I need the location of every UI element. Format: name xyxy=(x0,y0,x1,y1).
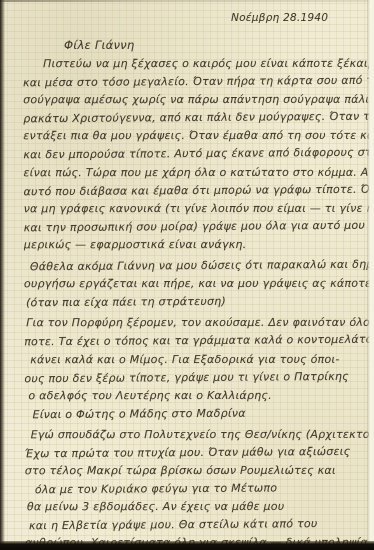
letter-line: Για τον Πορφύρη ξέρομεν, τον ακούσαμε. Δ… xyxy=(24,314,370,333)
letter-line: ο αδελφός του Λευτέρης και ο Καλλιάρης. xyxy=(24,386,370,405)
letter-line: και δεν μπορούσα τίποτε. Αυτό μας έκανε … xyxy=(23,144,369,165)
letter-line: Θάθελα ακόμα Γιάννη να μου δώσεις ότι πα… xyxy=(24,256,370,277)
letter-line: κάνει καλά και ο Μίμος. Για Εξαδορικά γι… xyxy=(24,350,370,369)
letter-line: Έχω τα πρώτα του πτυχία μου. Όταν μάθω γ… xyxy=(25,443,371,464)
letter-line: σούγραψα αμέσως χωρίς να πάρω απάντηση σ… xyxy=(23,91,369,110)
letter-line: και την προσωπική σου μοίρα) γράψε μου ό… xyxy=(24,217,370,238)
letter-line: και η Ελβετία γράψε μου. Θα στείλω κάτι … xyxy=(25,515,371,536)
scan-edge-right xyxy=(367,0,374,550)
letter-line: ους που δεν ξέρω τίποτε, γράψε μου τι γί… xyxy=(24,367,370,388)
letter-line: θα μείνω 3 εβδομάδες. Αν έχεις να μάθε μ… xyxy=(25,498,371,517)
letter-line: αυτό που διάβασα και έμαθα ότι μπορώ να … xyxy=(23,180,369,201)
letter-date: Νοέμβρη 28.1940 xyxy=(231,12,328,24)
letter-line: Πιστεύω να μη ξέχασες ο καιρός μου είναι… xyxy=(23,55,369,74)
letter-line: να μη γράφεις κανονικά (τι γίνε λοιπόν π… xyxy=(24,200,370,219)
letter-line: (όταν πια είχα πάει τη στράτευση) xyxy=(24,292,370,313)
scan-edge-top xyxy=(0,0,374,2)
letter-line: μερικώς — εφαρμοστικά είναι ανάγκη. xyxy=(24,236,370,255)
letter-line: όλα με τον Κυριάκο φεύγω για το Μέτωπο xyxy=(25,479,371,500)
letter-scan: Νοέμβρη 28.1940 Φίλε Γιάννη Πιστεύω να μ… xyxy=(0,0,374,550)
letter-line: και μέσα στο τόσο μεγαλείο. Όταν πήρα τη… xyxy=(23,72,369,93)
scan-bottom-band xyxy=(0,541,374,550)
letter-line: Εγώ σπουδάζω στο Πολυτεχνείο της Θεσ/νίκ… xyxy=(25,426,371,445)
letter-line: εντάξει πια θα μου γράψεις. Όταν έμαθα α… xyxy=(23,127,369,146)
scan-edge-left xyxy=(0,0,5,550)
letter-line: ουργήσω εργάζεται και πήρε, και να μου γ… xyxy=(24,275,370,294)
letter-line: ρακάτω Χριστούγεννα, από και πάλι δεν μο… xyxy=(23,108,369,129)
letter-line: είναι πώς. Τώρα που με χάρη όλα ο κατώτα… xyxy=(23,163,369,182)
letter-body: Πιστεύω να μη ξέχασες ο καιρός μου είναι… xyxy=(23,54,371,550)
letter-salutation: Φίλε Γιάννη xyxy=(64,38,134,52)
letter-line: στο τέλος Μακρί τώρα βρίσκω όσων Ρουμελι… xyxy=(25,462,371,481)
letter-line: Είναι ο Φώτης ο Μάδης στο Μαδρίνα xyxy=(24,403,370,424)
letter-line: ποτε. Τα έχει ο τόπος και τα γράμματα κα… xyxy=(24,331,370,352)
